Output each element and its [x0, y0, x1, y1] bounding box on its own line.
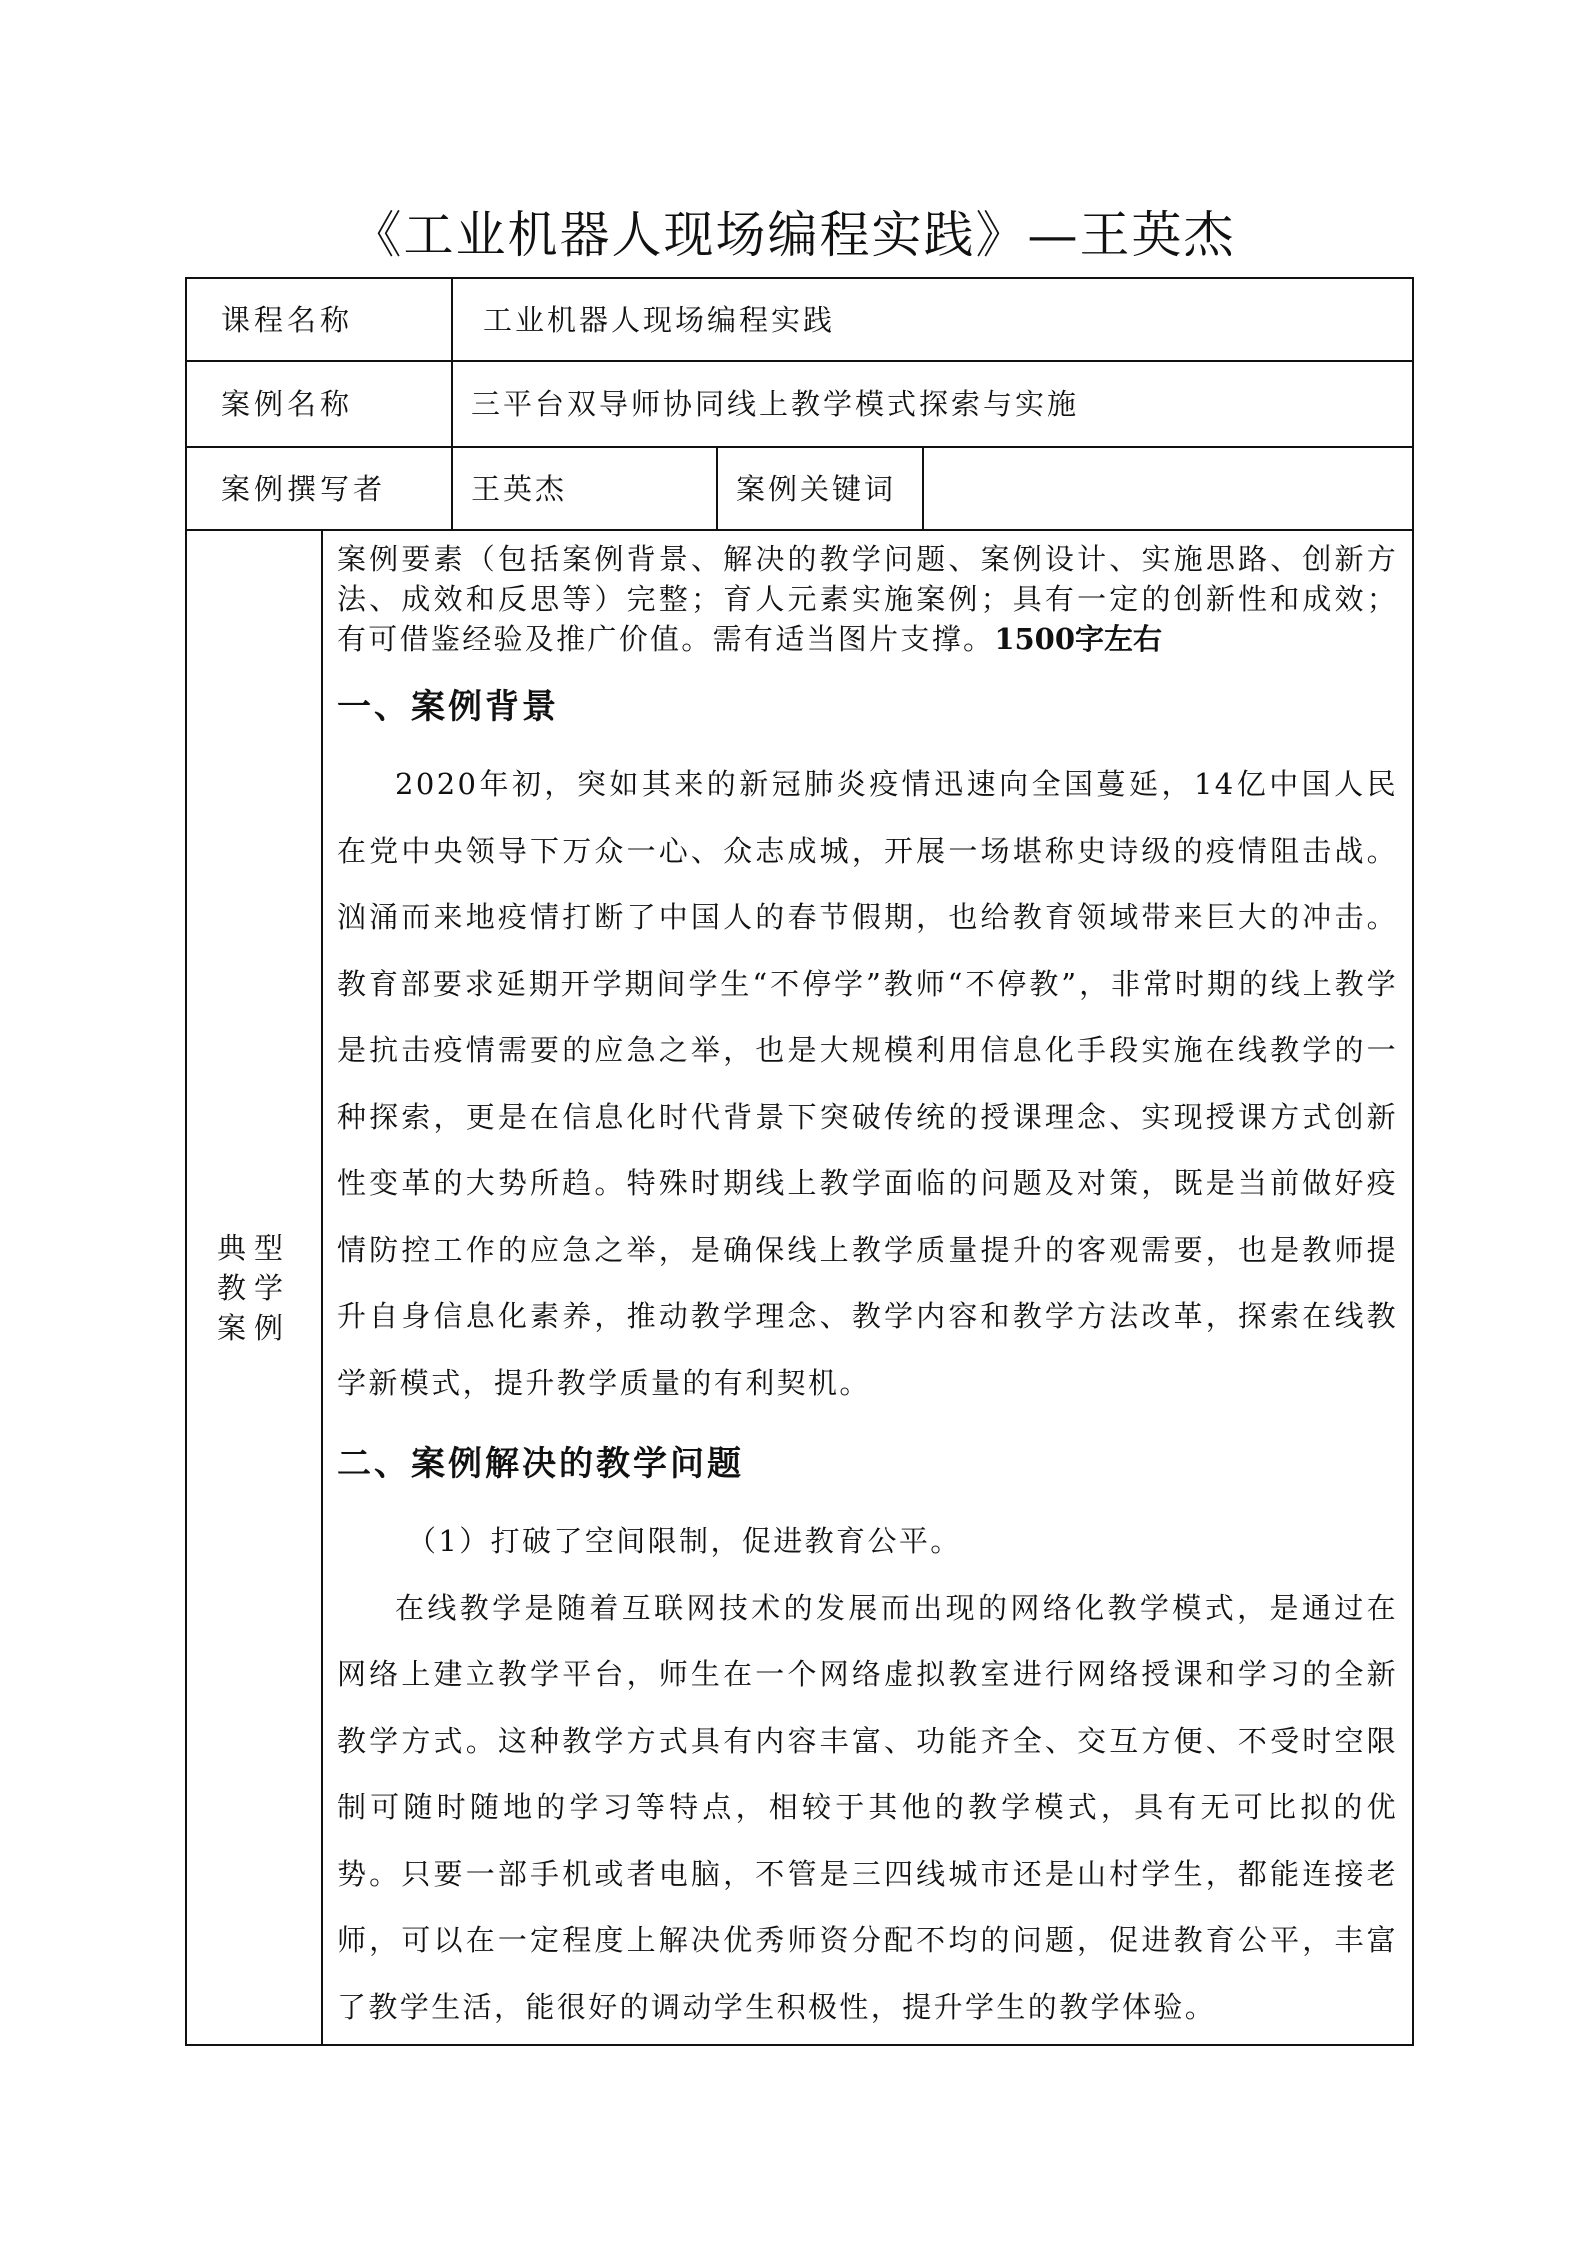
- typical-case-label: 典型 教学 案例: [186, 530, 322, 2045]
- side-label-line: 典型: [187, 1228, 321, 1268]
- case-name-label: 案例名称: [186, 361, 452, 447]
- section-subheading: （1）打破了空间限制，促进教育公平。: [337, 1508, 1398, 1575]
- requirements-text: 案例要素（包括案例背景、解决的教学问题、案例设计、实施思路、创新方法、成效和反思…: [337, 542, 1398, 656]
- author-row: 案例撰写者 王英杰 案例关键词: [186, 447, 1413, 530]
- case-content: 案例要素（包括案例背景、解决的教学问题、案例设计、实施思路、创新方法、成效和反思…: [322, 530, 1413, 2045]
- requirements-note: 案例要素（包括案例背景、解决的教学问题、案例设计、实施思路、创新方法、成效和反思…: [337, 539, 1398, 659]
- case-form-table: 课程名称 工业机器人现场编程实践 案例名称 三平台双导师协同线上教学模式探索与实…: [185, 277, 1414, 2046]
- document-title: 《工业机器人现场编程实践》—王英杰: [0, 200, 1587, 270]
- course-name-label: 课程名称: [186, 278, 452, 361]
- side-label-line: 教学: [187, 1268, 321, 1308]
- author-value: 王英杰: [452, 447, 717, 530]
- section-paragraph: 2020年初，突如其来的新冠肺炎疫情迅速向全国蔓延，14亿中国人民在党中央领导下…: [337, 751, 1398, 1416]
- course-name-row: 课程名称 工业机器人现场编程实践: [186, 278, 1413, 361]
- case-name-value: 三平台双导师协同线上教学模式探索与实施: [452, 361, 1413, 447]
- side-label-line: 案例: [187, 1308, 321, 1348]
- keywords-value: [923, 447, 1413, 530]
- word-count-requirement: 1500字左右: [994, 622, 1162, 656]
- case-name-row: 案例名称 三平台双导师协同线上教学模式探索与实施: [186, 361, 1413, 447]
- keywords-label: 案例关键词: [717, 447, 923, 530]
- section-heading-background: 一、案例背景: [337, 687, 1398, 727]
- section-heading-problems: 二、案例解决的教学问题: [337, 1444, 1398, 1484]
- author-label: 案例撰写者: [186, 447, 452, 530]
- section-paragraph: 在线教学是随着互联网技术的发展而出现的网络化教学模式，是通过在网络上建立教学平台…: [337, 1575, 1398, 2041]
- course-name-value: 工业机器人现场编程实践: [452, 278, 1413, 361]
- case-content-row: 典型 教学 案例 案例要素（包括案例背景、解决的教学问题、案例设计、实施思路、创…: [186, 530, 1413, 2045]
